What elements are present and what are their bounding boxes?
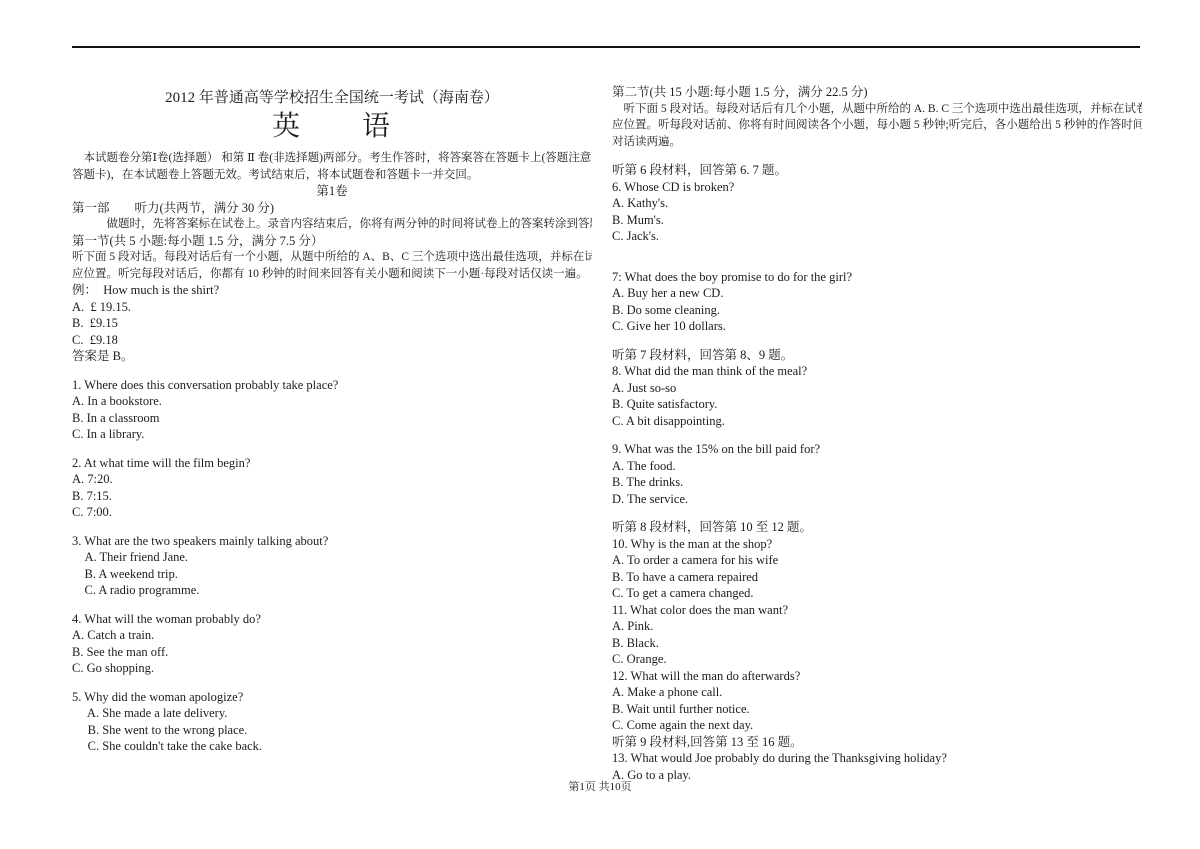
text-line: C. A bit disappointing. (612, 413, 1142, 430)
text-line: C. A radio programme. (72, 582, 592, 599)
subject-title: 英 语 (72, 112, 592, 142)
text-line: C. She couldn't take the cake back. (72, 738, 592, 755)
text-line: 答案是 B。 (72, 348, 592, 365)
text-line: 应位置。听完每段对话后，你都有 10 秒钟的时间来回答有关小题和阅读下一小题·每… (72, 266, 592, 283)
text-line: B. She went to the wrong place. (72, 722, 592, 739)
text-line: B. £9.15 (72, 315, 592, 332)
text-line: C. Orange. (612, 651, 1142, 668)
text-line: 6. Whose CD is broken? (612, 179, 1142, 196)
left-column: 2012 年普通高等学校招生全国统一考试（海南卷） 英 语 本试题卷分第Ⅰ卷(选… (72, 84, 592, 774)
text-line: 对话读两遍。 (612, 134, 1142, 151)
text-line: A. Just so-so (612, 380, 1142, 397)
text-line: 答题卡)，在本试题卷上答题无效。考试结束后，将本试题卷和答题卡一并交回。 (72, 167, 592, 184)
text-line: C. Jack's. (612, 228, 1142, 245)
text-line: B. The drinks. (612, 474, 1142, 491)
text-line: 2. At what time will the film begin? (72, 455, 592, 472)
text-line: 第一节(共 5 小题:每小题 1.5 分，满分 7.5 分） (72, 233, 592, 250)
text-line: B. See the man off. (72, 644, 592, 661)
text-line: B. A weekend trip. (72, 566, 592, 583)
text-line: 13. What would Joe probably do during th… (612, 750, 1142, 767)
text-line: 11. What color does the man want? (612, 602, 1142, 619)
text-line (612, 150, 1142, 162)
text-line: 1. Where does this conversation probably… (72, 377, 592, 394)
text-line: 第一部 听力(共两节，满分 30 分) (72, 200, 592, 217)
text-line (612, 429, 1142, 441)
text-line (72, 677, 592, 689)
text-line: 10. Why is the man at the shop? (612, 536, 1142, 553)
text-line: C. £9.18 (72, 332, 592, 349)
text-line: A. The food. (612, 458, 1142, 475)
text-line: 听第 6 段材料，回答第 6. 7 题。 (612, 162, 1142, 179)
text-line: A. In a bookstore. (72, 393, 592, 410)
text-line: A. She made a late delivery. (72, 705, 592, 722)
text-line: B. Black. (612, 635, 1142, 652)
text-line: C. To get a camera changed. (612, 585, 1142, 602)
exam-title: 2012 年普通高等学校招生全国统一考试（海南卷） (72, 88, 592, 108)
right-column-lines: 第二节(共 15 小题:每小题 1.5 分，满分 22.5 分) 听下面 5 段… (612, 84, 1142, 783)
text-line (72, 599, 592, 611)
text-line: C. Come again the next day. (612, 717, 1142, 734)
text-line: A. Their friend Jane. (72, 549, 592, 566)
text-line: 应位置。听每段对话前、你将有时间阅读各个小题，每小题 5 秒钟;听完后，各小题给… (612, 117, 1142, 134)
text-line: 第二节(共 15 小题:每小题 1.5 分，满分 22.5 分) (612, 84, 1142, 101)
header-rule (72, 46, 1140, 48)
text-line: 9. What was the 15% on the bill paid for… (612, 441, 1142, 458)
text-line: D. The service. (612, 491, 1142, 508)
text-line: 3. What are the two speakers mainly talk… (72, 533, 592, 550)
text-line (72, 443, 592, 455)
text-line: 做题时，先将答案标在试卷上。录音内容结束后，你将有两分钟的时间将试卷上的答案转涂… (72, 216, 592, 233)
text-line: 听第 7 段材料，回答第 8、9 题。 (612, 347, 1142, 364)
text-line (612, 245, 1142, 257)
text-line: 听第 9 段材料,回答第 13 至 16 题。 (612, 734, 1142, 751)
text-line: 本试题卷分第Ⅰ卷(选择题） 和第 Ⅱ 卷(非选择题)两部分。考生作答时，将答案答… (72, 150, 592, 167)
text-line: A. Make a phone call. (612, 684, 1142, 701)
text-line: 听下面 5 段对话。每段对话后有一个小题，从题中所给的 A、B、C 三个选项中选… (72, 249, 592, 266)
text-line: A. £ 19.15. (72, 299, 592, 316)
text-line: A. Pink. (612, 618, 1142, 635)
text-line: B. Wait until further notice. (612, 701, 1142, 718)
text-line: 7: What does the boy promise to do for t… (612, 269, 1142, 286)
text-line: B. To have a camera repaired (612, 569, 1142, 586)
text-line: C. Give her 10 dollars. (612, 318, 1142, 335)
text-line: B. Do some cleaning. (612, 302, 1142, 319)
text-line: A. Buy her a new CD. (612, 285, 1142, 302)
text-line: 8. What did the man think of the meal? (612, 363, 1142, 380)
text-line: A. 7:20. (72, 471, 592, 488)
text-line: A. To order a camera for his wife (612, 552, 1142, 569)
text-line: B. 7:15. (72, 488, 592, 505)
text-line (612, 257, 1142, 269)
text-line: 听下面 5 段对话。每段对话后有几个小题，从题中所给的 A. B. C 三个选项… (612, 101, 1142, 118)
text-line: C. Go shopping. (72, 660, 592, 677)
right-column: 第二节(共 15 小题:每小题 1.5 分，满分 22.5 分) 听下面 5 段… (612, 84, 1142, 784)
text-line: C. 7:00. (72, 504, 592, 521)
text-line (72, 365, 592, 377)
text-line: 5. Why did the woman apologize? (72, 689, 592, 706)
text-line: B. Quite satisfactory. (612, 396, 1142, 413)
text-line (72, 521, 592, 533)
text-line: A. Catch a train. (72, 627, 592, 644)
text-line (612, 507, 1142, 519)
page-footer: 第1页 共10页 (0, 780, 1200, 794)
text-line: A. Kathy's. (612, 195, 1142, 212)
text-line: B. Mum's. (612, 212, 1142, 229)
text-line: C. In a library. (72, 426, 592, 443)
text-line: 听第 8 段材料，回答第 10 至 12 题。 (612, 519, 1142, 536)
text-line: 12. What will the man do afterwards? (612, 668, 1142, 685)
text-line (612, 335, 1142, 347)
text-line: 4. What will the woman probably do? (72, 611, 592, 628)
left-column-lines: 本试题卷分第Ⅰ卷(选择题） 和第 Ⅱ 卷(非选择题)两部分。考生作答时，将答案答… (72, 150, 592, 755)
text-line: 第1卷 (72, 183, 592, 200)
text-line: B. In a classroom (72, 410, 592, 427)
exam-paper-page: 2012 年普通高等学校招生全国统一考试（海南卷） 英 语 本试题卷分第Ⅰ卷(选… (0, 0, 1200, 849)
text-line: 例： How much is the shirt? (72, 282, 592, 299)
